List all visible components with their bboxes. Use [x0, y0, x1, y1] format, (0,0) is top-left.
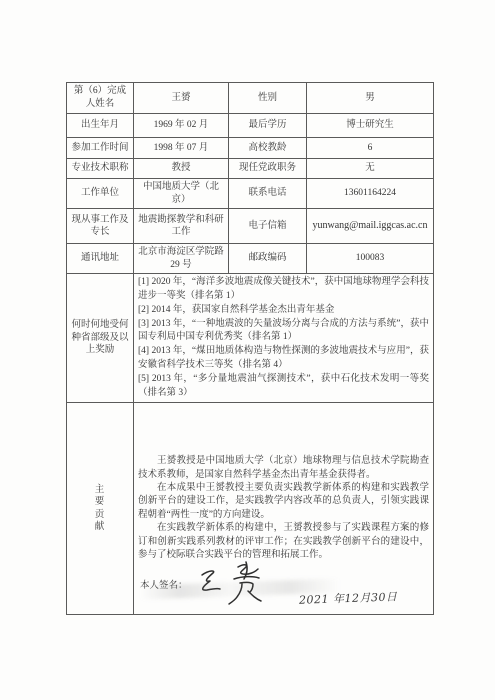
email-label: 电子信箱	[229, 209, 307, 244]
work-start-label: 参加工作时间	[67, 138, 134, 159]
awards-label: 何时何地受何种省部级及以上奖励	[67, 274, 134, 403]
contributions-label: 主 要 贡 献	[67, 403, 134, 615]
gender-value: 男	[307, 83, 434, 114]
last-degree-label: 最后学历	[229, 114, 307, 138]
work-unit-value: 中国地质大学（北京）	[134, 179, 229, 209]
work-unit-label: 工作单位	[67, 179, 134, 209]
table-row: 现从事工作及专长 地震勘探教学和科研工作 电子信箱 yunwang@mail.i…	[67, 209, 434, 244]
email-value: yunwang@mail.iggcas.ac.cn	[307, 209, 434, 244]
birth-date-label: 出生年月	[67, 114, 134, 138]
awards-row: 何时何地受何种省部级及以上奖励 [1] 2020 年，“海洋多波地震成像关键技术…	[67, 274, 434, 403]
work-start-value: 1998 年 07 月	[134, 138, 229, 159]
award-item: [2] 2014 年，获国家自然科学基金杰出青年基金	[138, 304, 429, 318]
current-work-label: 现从事工作及专长	[67, 209, 134, 244]
birth-date-value: 1969 年 02 月	[134, 114, 229, 138]
signature-label: 本人签名：	[140, 580, 188, 593]
contribution-paragraph: 在本成果中王赟教授主要负责实践教学新体系的构建和实践教学创新平台的建设工作，是实…	[138, 482, 429, 522]
completer-name-value: 王赟	[134, 83, 229, 114]
postcode-value: 100083	[307, 244, 434, 274]
awards-list: [1] 2020 年，“海洋多波地震成像关键技术”，获中国地球物理学会科技进步一…	[134, 274, 434, 403]
personnel-info-table: 第（6）完成人姓名 王赟 性别 男 出生年月 1969 年 02 月 最后学历 …	[66, 82, 434, 615]
award-item: [1] 2020 年，“海洋多波地震成像关键技术”，获中国地球物理学会科技进步一…	[138, 276, 429, 304]
last-degree-value: 博士研究生	[307, 114, 434, 138]
phone-value: 13601164224	[307, 179, 434, 209]
address-label: 通讯地址	[67, 244, 134, 274]
teaching-age-label: 高校教龄	[229, 138, 307, 159]
contributions-content: 王赟教授是中国地质大学（北京）地球物理与信息技术学院勘查技术系教师，是国家自然科…	[134, 403, 434, 615]
table-row: 第（6）完成人姓名 王赟 性别 男	[67, 83, 434, 114]
professional-title-value: 教授	[134, 159, 229, 179]
gender-label: 性别	[229, 83, 307, 114]
table-row: 通讯地址 北京市海淀区学院路 29 号 邮政编码 100083	[67, 244, 434, 274]
scanned-form-page: 第（6）完成人姓名 王赟 性别 男 出生年月 1969 年 02 月 最后学历 …	[0, 0, 495, 700]
completer-name-label: 第（6）完成人姓名	[67, 83, 134, 114]
table-row: 工作单位 中国地质大学（北京） 联系电话 13601164224	[67, 179, 434, 209]
signature-date-handwriting: 2021 年12月30日	[298, 590, 397, 608]
address-value: 北京市海淀区学院路 29 号	[134, 244, 229, 274]
current-work-value: 地震勘探教学和科研工作	[134, 209, 229, 244]
table-row: 参加工作时间 1998 年 07 月 高校教龄 6	[67, 138, 434, 159]
phone-label: 联系电话	[229, 179, 307, 209]
postcode-label: 邮政编码	[229, 244, 307, 274]
contribution-paragraph: 在实践教学新体系的构建中，王赟教授参与了实践课程方案的修订和创新实践系列教材的评…	[138, 522, 429, 562]
table-row: 专业技术职称 教授 现任党政职务 无	[67, 159, 434, 179]
party-post-label: 现任党政职务	[229, 159, 307, 179]
award-item: [5] 2013 年，“多分量地震油气探测技术”，获中石化技术发明一等奖（排名第…	[138, 373, 429, 401]
contribution-paragraph: 王赟教授是中国地质大学（北京）地球物理与信息技术学院勘查技术系教师，是国家自然科…	[138, 455, 429, 482]
teaching-age-value: 6	[307, 138, 434, 159]
table-row: 出生年月 1969 年 02 月 最后学历 博士研究生	[67, 114, 434, 138]
party-post-value: 无	[307, 159, 434, 179]
award-item: [3] 2013 年，“一种地震波的矢量波场分离与合成的方法与系统”，获中国专利…	[138, 318, 429, 346]
contributions-row: 主 要 贡 献 王赟教授是中国地质大学（北京）地球物理与信息技术学院勘查技术系教…	[67, 403, 434, 615]
professional-title-label: 专业技术职称	[67, 159, 134, 179]
signature-handwriting: 王赟	[192, 560, 276, 606]
award-item: [4] 2013 年，“煤田地质体构造与物性探测的多波地震技术与应用”，获安徽省…	[138, 345, 429, 373]
